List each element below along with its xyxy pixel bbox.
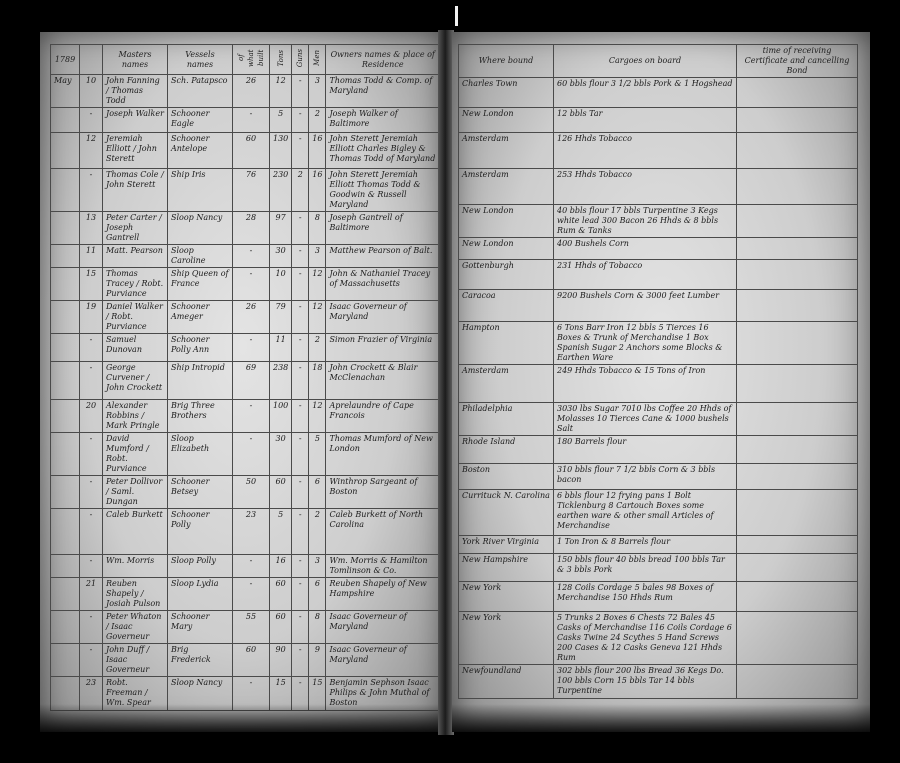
master-cell: Daniel Walker / Robt. Purviance: [103, 301, 168, 334]
vessel-cell: Schooner Polly: [168, 509, 233, 555]
ledger-row-left: May10John Fanning / Thomas ToddSch. Pata…: [51, 75, 440, 108]
bound-cell: Hampton: [459, 322, 554, 365]
tons-cell: 60: [270, 578, 292, 611]
day-cell: -: [80, 169, 103, 212]
men-cell: 12: [309, 268, 326, 301]
men-cell: 5: [309, 433, 326, 476]
month-cell: May: [51, 75, 80, 108]
men-cell: 3: [309, 245, 326, 268]
owners-cell: John Sterett Jeremiah Elliott Thomas Tod…: [326, 169, 440, 212]
guns-cell: -: [292, 108, 309, 133]
ledger-row-right: Rhode Island180 Barrels flour: [459, 436, 858, 464]
cargo-cell: 1 Ton Iron & 8 Barrels flour: [554, 536, 737, 554]
built-cell: 23: [233, 509, 270, 555]
master-cell: Peter Dollivor / Saml. Dungan: [103, 476, 168, 509]
bound-cell: Currituck N. Carolina: [459, 490, 554, 536]
day-cell: 10: [80, 75, 103, 108]
owners-cell: Thomas Todd & Comp. of Maryland: [326, 75, 440, 108]
month-cell: [51, 169, 80, 212]
month-cell: [51, 611, 80, 644]
tons-cell: 10: [270, 268, 292, 301]
vessel-cell: Schooner Polly Ann: [168, 334, 233, 362]
owners-cell: Aprelaundre of Cape Francois: [326, 400, 440, 433]
cargo-cell: 310 bbls flour 7 1/2 bbls Corn & 3 bbls …: [554, 464, 737, 490]
guns-cell: -: [292, 75, 309, 108]
guns-cell: 2: [292, 169, 309, 212]
header-men: Men: [312, 50, 322, 66]
cargo-cell: 40 bbls flour 17 bbls Turpentine 3 Kegs …: [554, 205, 737, 238]
owners-cell: John Sterett Jeremiah Elliott Charles Bi…: [326, 133, 440, 169]
guns-cell: -: [292, 644, 309, 677]
owners-cell: Reuben Shapely of New Hampshire: [326, 578, 440, 611]
guns-cell: -: [292, 362, 309, 400]
cargo-cell: 180 Barrels flour: [554, 436, 737, 464]
ledger-row-right: Philadelphia3030 lbs Sugar 7010 lbs Coff…: [459, 403, 858, 436]
header-cargoes: Cargoes on board: [554, 45, 737, 78]
certificate-cell: [737, 108, 858, 133]
vessel-cell: Sloop Elizabeth: [168, 433, 233, 476]
bound-cell: Amsterdam: [459, 133, 554, 169]
master-cell: David Mumford / Robt. Purviance: [103, 433, 168, 476]
cargo-cell: 249 Hhds Tobacco & 15 Tons of Iron: [554, 365, 737, 403]
day-cell: -: [80, 334, 103, 362]
ledger-row-left: 21Reuben Shapely / Josiah PulsonSloop Ly…: [51, 578, 440, 611]
master-cell: Alexander Robbins / Mark Pringle: [103, 400, 168, 433]
ledger-row-right: New London12 bbls Tar: [459, 108, 858, 133]
bound-cell: Gottenburgh: [459, 260, 554, 290]
right-page: Where bound Cargoes on board time of rec…: [452, 32, 870, 732]
day-cell: 15: [80, 268, 103, 301]
built-cell: -: [233, 555, 270, 578]
tons-cell: 100: [270, 400, 292, 433]
header-guns: Guns: [295, 49, 305, 67]
page-shadow: [40, 704, 445, 732]
built-cell: 60: [233, 644, 270, 677]
built-cell: 55: [233, 611, 270, 644]
bound-cell: Philadelphia: [459, 403, 554, 436]
bound-cell: New London: [459, 238, 554, 260]
built-cell: -: [233, 268, 270, 301]
ledger-row-right: New York128 Coils Cordage 5 bales 98 Box…: [459, 582, 858, 612]
certificate-cell: [737, 365, 858, 403]
vessel-cell: Schooner Betsey: [168, 476, 233, 509]
cargo-cell: 12 bbls Tar: [554, 108, 737, 133]
left-header-row: 1789 Masters names Vessels names of what…: [51, 45, 440, 75]
vessel-cell: Ship Iris: [168, 169, 233, 212]
month-cell: [51, 476, 80, 509]
tons-cell: 5: [270, 108, 292, 133]
master-cell: Thomas Tracey / Robt. Purviance: [103, 268, 168, 301]
master-cell: Reuben Shapely / Josiah Pulson: [103, 578, 168, 611]
owners-cell: Matthew Pearson of Balt.: [326, 245, 440, 268]
cargo-cell: 231 Hhds of Tobacco: [554, 260, 737, 290]
day-cell: 12: [80, 133, 103, 169]
tons-cell: 238: [270, 362, 292, 400]
certificate-cell: [737, 490, 858, 536]
master-cell: George Curvener / John Crockett: [103, 362, 168, 400]
tons-cell: 12: [270, 75, 292, 108]
owners-cell: Thomas Mumford of New London: [326, 433, 440, 476]
cargo-cell: 6 bbls flour 12 frying pans 1 Bolt Tickl…: [554, 490, 737, 536]
month-cell: [51, 362, 80, 400]
built-cell: 60: [233, 133, 270, 169]
cargo-cell: 9200 Bushels Corn & 3000 feet Lumber: [554, 290, 737, 322]
ledger-row-right: Currituck N. Carolina6 bbls flour 12 fry…: [459, 490, 858, 536]
page-shadow: [452, 704, 870, 732]
master-cell: John Fanning / Thomas Todd: [103, 75, 168, 108]
men-cell: 3: [309, 75, 326, 108]
tons-cell: 97: [270, 212, 292, 245]
guns-cell: -: [292, 476, 309, 509]
left-ledger-table: 1789 Masters names Vessels names of what…: [50, 44, 440, 711]
master-cell: Jeremiah Elliott / John Sterett: [103, 133, 168, 169]
master-cell: Joseph Walker: [103, 108, 168, 133]
certificate-cell: [737, 290, 858, 322]
day-cell: 19: [80, 301, 103, 334]
day-cell: 20: [80, 400, 103, 433]
month-cell: [51, 555, 80, 578]
right-header-row: Where bound Cargoes on board time of rec…: [459, 45, 858, 78]
built-cell: -: [233, 433, 270, 476]
vessel-cell: Sloop Polly: [168, 555, 233, 578]
built-cell: -: [233, 108, 270, 133]
built-cell: 26: [233, 75, 270, 108]
tons-cell: 60: [270, 476, 292, 509]
day-cell: -: [80, 476, 103, 509]
bound-cell: New York: [459, 612, 554, 665]
guns-cell: -: [292, 578, 309, 611]
month-cell: [51, 245, 80, 268]
ledger-row-left: -George Curvener / John CrockettShip Int…: [51, 362, 440, 400]
guns-cell: -: [292, 433, 309, 476]
ledger-row-right: Hampton6 Tons Barr Iron 12 bbls 5 Tierce…: [459, 322, 858, 365]
built-cell: 28: [233, 212, 270, 245]
ledger-row-left: 19Daniel Walker / Robt. PurvianceSchoone…: [51, 301, 440, 334]
cargo-cell: 253 Hhds Tobacco: [554, 169, 737, 205]
ledger-row-left: -Wm. MorrisSloop Polly-16-3Wm. Morris & …: [51, 555, 440, 578]
built-cell: -: [233, 245, 270, 268]
guns-cell: -: [292, 509, 309, 555]
certificate-cell: [737, 322, 858, 365]
month-cell: [51, 334, 80, 362]
header-day: [80, 45, 103, 75]
men-cell: 9: [309, 644, 326, 677]
certificate-cell: [737, 205, 858, 238]
owners-cell: Wm. Morris & Hamilton Tomlinson & Co.: [326, 555, 440, 578]
master-cell: Wm. Morris: [103, 555, 168, 578]
bound-cell: Amsterdam: [459, 169, 554, 205]
vessel-cell: Sloop Caroline: [168, 245, 233, 268]
header-vessels: Vessels names: [168, 45, 233, 75]
month-cell: [51, 108, 80, 133]
vessel-cell: Schooner Mary: [168, 611, 233, 644]
master-cell: Samuel Dunovan: [103, 334, 168, 362]
header-tons: Tons: [276, 50, 286, 66]
right-ledger-table: Where bound Cargoes on board time of rec…: [458, 44, 858, 699]
bound-cell: Amsterdam: [459, 365, 554, 403]
day-cell: -: [80, 362, 103, 400]
bound-cell: Caracoa: [459, 290, 554, 322]
ledger-row-left: -John Duff / Isaac GoverneurBrig Frederi…: [51, 644, 440, 677]
bound-cell: New York: [459, 582, 554, 612]
month-cell: [51, 578, 80, 611]
ledger-row-right: Boston310 bbls flour 7 1/2 bbls Corn & 3…: [459, 464, 858, 490]
certificate-cell: [737, 436, 858, 464]
month-cell: [51, 644, 80, 677]
master-cell: Caleb Burkett: [103, 509, 168, 555]
cargo-cell: 150 bbls flour 40 bbls bread 100 bbls Ta…: [554, 554, 737, 582]
header-month: 1789: [51, 45, 80, 75]
ledger-row-right: Gottenburgh231 Hhds of Tobacco: [459, 260, 858, 290]
certificate-cell: [737, 554, 858, 582]
day-cell: -: [80, 644, 103, 677]
header-where-bound: Where bound: [459, 45, 554, 78]
owners-cell: Winthrop Sargeant of Boston: [326, 476, 440, 509]
men-cell: 18: [309, 362, 326, 400]
men-cell: 16: [309, 133, 326, 169]
owners-cell: John Crockett & Blair McClenachan: [326, 362, 440, 400]
built-cell: 76: [233, 169, 270, 212]
vessel-cell: Sloop Nancy: [168, 212, 233, 245]
cargo-cell: 126 Hhds Tobacco: [554, 133, 737, 169]
ledger-row-right: New London400 Bushels Corn: [459, 238, 858, 260]
master-cell: Matt. Pearson: [103, 245, 168, 268]
ledger-row-right: Caracoa9200 Bushels Corn & 3000 feet Lum…: [459, 290, 858, 322]
guns-cell: -: [292, 245, 309, 268]
ledger-row-left: 13Peter Carter / Joseph GantrellSloop Na…: [51, 212, 440, 245]
day-cell: 21: [80, 578, 103, 611]
bound-cell: Newfoundland: [459, 665, 554, 699]
header-built: of what built: [236, 46, 266, 70]
ledger-row-right: New Hampshire150 bbls flour 40 bbls brea…: [459, 554, 858, 582]
left-page: 1789 Masters names Vessels names of what…: [40, 32, 445, 732]
vessel-cell: Schooner Eagle: [168, 108, 233, 133]
bound-cell: New London: [459, 108, 554, 133]
men-cell: 6: [309, 578, 326, 611]
master-cell: Peter Whaton / Isaac Governeur: [103, 611, 168, 644]
guns-cell: -: [292, 400, 309, 433]
built-cell: 69: [233, 362, 270, 400]
certificate-cell: [737, 238, 858, 260]
owners-cell: Joseph Gantrell of Baltimore: [326, 212, 440, 245]
owners-cell: Joseph Walker of Baltimore: [326, 108, 440, 133]
master-cell: John Duff / Isaac Governeur: [103, 644, 168, 677]
cargo-cell: 6 Tons Barr Iron 12 bbls 5 Tierces 16 Bo…: [554, 322, 737, 365]
month-cell: [51, 212, 80, 245]
month-cell: [51, 133, 80, 169]
ledger-row-left: 20Alexander Robbins / Mark PringleBrig T…: [51, 400, 440, 433]
men-cell: 2: [309, 334, 326, 362]
tons-cell: 30: [270, 245, 292, 268]
owners-cell: Isaac Governeur of Maryland: [326, 644, 440, 677]
ledger-row-left: 11Matt. PearsonSloop Caroline-30-3Matthe…: [51, 245, 440, 268]
certificate-cell: [737, 169, 858, 205]
ledger-row-left: -Joseph WalkerSchooner Eagle-5-2Joseph W…: [51, 108, 440, 133]
guns-cell: -: [292, 611, 309, 644]
header-certificate-time: time of receiving Certificate and cancel…: [737, 45, 858, 78]
owners-cell: John & Nathaniel Tracey of Massachusetts: [326, 268, 440, 301]
tons-cell: 5: [270, 509, 292, 555]
ledger-row-right: New London40 bbls flour 17 bbls Turpenti…: [459, 205, 858, 238]
ledger-row-left: -Thomas Cole / John SterettShip Iris7623…: [51, 169, 440, 212]
ledger-row-left: 15Thomas Tracey / Robt. PurvianceShip Qu…: [51, 268, 440, 301]
guns-cell: -: [292, 133, 309, 169]
bound-cell: New Hampshire: [459, 554, 554, 582]
tons-cell: 230: [270, 169, 292, 212]
certificate-cell: [737, 78, 858, 108]
day-cell: -: [80, 611, 103, 644]
day-cell: -: [80, 555, 103, 578]
owners-cell: Caleb Burkett of North Carolina: [326, 509, 440, 555]
ledger-row-left: -Peter Dollivor / Saml. DunganSchooner B…: [51, 476, 440, 509]
built-cell: -: [233, 578, 270, 611]
tons-cell: 30: [270, 433, 292, 476]
day-cell: -: [80, 509, 103, 555]
day-cell: -: [80, 108, 103, 133]
men-cell: 2: [309, 108, 326, 133]
month-cell: [51, 509, 80, 555]
tons-cell: 90: [270, 644, 292, 677]
cargo-cell: 400 Bushels Corn: [554, 238, 737, 260]
bound-cell: New London: [459, 205, 554, 238]
tons-cell: 60: [270, 611, 292, 644]
header-owners: Owners names & place of Residence: [326, 45, 440, 75]
certificate-cell: [737, 464, 858, 490]
cargo-cell: 302 bbls flour 200 lbs Bread 36 Kegs Do.…: [554, 665, 737, 699]
guns-cell: -: [292, 334, 309, 362]
month-cell: [51, 433, 80, 476]
day-cell: 13: [80, 212, 103, 245]
cargo-cell: 128 Coils Cordage 5 bales 98 Boxes of Me…: [554, 582, 737, 612]
vessel-cell: Schooner Antelope: [168, 133, 233, 169]
men-cell: 12: [309, 400, 326, 433]
master-cell: Thomas Cole / John Sterett: [103, 169, 168, 212]
certificate-cell: [737, 536, 858, 554]
men-cell: 3: [309, 555, 326, 578]
vessel-cell: Brig Three Brothers: [168, 400, 233, 433]
tons-cell: 11: [270, 334, 292, 362]
guns-cell: -: [292, 212, 309, 245]
month-cell: [51, 268, 80, 301]
built-cell: -: [233, 334, 270, 362]
ledger-row-right: New York5 Trunks 2 Boxes 6 Chests 72 Bal…: [459, 612, 858, 665]
day-cell: 11: [80, 245, 103, 268]
ledger-row-right: Charles Town60 bbls flour 3 1/2 bbls Por…: [459, 78, 858, 108]
day-cell: -: [80, 433, 103, 476]
master-cell: Peter Carter / Joseph Gantrell: [103, 212, 168, 245]
guns-cell: -: [292, 301, 309, 334]
men-cell: 2: [309, 509, 326, 555]
certificate-cell: [737, 665, 858, 699]
month-cell: [51, 400, 80, 433]
ledger-row-right: Amsterdam126 Hhds Tobacco: [459, 133, 858, 169]
header-masters: Masters names: [103, 45, 168, 75]
ledger-row-right: Amsterdam249 Hhds Tobacco & 15 Tons of I…: [459, 365, 858, 403]
men-cell: 6: [309, 476, 326, 509]
tons-cell: 79: [270, 301, 292, 334]
men-cell: 16: [309, 169, 326, 212]
certificate-cell: [737, 260, 858, 290]
ledger-row-left: -Caleb BurkettSchooner Polly235-2Caleb B…: [51, 509, 440, 555]
owners-cell: Simon Frazier of Virginia: [326, 334, 440, 362]
ledger-row-right: Amsterdam253 Hhds Tobacco: [459, 169, 858, 205]
vessel-cell: Sch. Patapsco: [168, 75, 233, 108]
men-cell: 12: [309, 301, 326, 334]
men-cell: 8: [309, 212, 326, 245]
bound-cell: York River Virginia: [459, 536, 554, 554]
built-cell: 26: [233, 301, 270, 334]
vessel-cell: Brig Frederick: [168, 644, 233, 677]
vessel-cell: Ship Intropid: [168, 362, 233, 400]
vessel-cell: Ship Queen of France: [168, 268, 233, 301]
tons-cell: 130: [270, 133, 292, 169]
ledger-row-right: York River Virginia1 Ton Iron & 8 Barrel…: [459, 536, 858, 554]
bound-cell: Rhode Island: [459, 436, 554, 464]
vessel-cell: Sloop Lydia: [168, 578, 233, 611]
frame-marker-top: [455, 6, 458, 26]
built-cell: 50: [233, 476, 270, 509]
cargo-cell: 5 Trunks 2 Boxes 6 Chests 72 Bales 45 Ca…: [554, 612, 737, 665]
owners-cell: Isaac Governeur of Maryland: [326, 611, 440, 644]
vessel-cell: Schooner Ameger: [168, 301, 233, 334]
certificate-cell: [737, 133, 858, 169]
men-cell: 8: [309, 611, 326, 644]
bound-cell: Charles Town: [459, 78, 554, 108]
built-cell: -: [233, 400, 270, 433]
ledger-row-left: 12Jeremiah Elliott / John SterettSchoone…: [51, 133, 440, 169]
ledger-row-left: -Samuel DunovanSchooner Polly Ann-11-2Si…: [51, 334, 440, 362]
owners-cell: Isaac Governeur of Maryland: [326, 301, 440, 334]
certificate-cell: [737, 612, 858, 665]
ledger-row-right: Newfoundland302 bbls flour 200 lbs Bread…: [459, 665, 858, 699]
ledger-row-left: -Peter Whaton / Isaac GoverneurSchooner …: [51, 611, 440, 644]
ledger-row-left: -David Mumford / Robt. PurvianceSloop El…: [51, 433, 440, 476]
cargo-cell: 3030 lbs Sugar 7010 lbs Coffee 20 Hhds o…: [554, 403, 737, 436]
tons-cell: 16: [270, 555, 292, 578]
cargo-cell: 60 bbls flour 3 1/2 bbls Pork & 1 Hogshe…: [554, 78, 737, 108]
bound-cell: Boston: [459, 464, 554, 490]
guns-cell: -: [292, 268, 309, 301]
certificate-cell: [737, 582, 858, 612]
certificate-cell: [737, 403, 858, 436]
guns-cell: -: [292, 555, 309, 578]
month-cell: [51, 301, 80, 334]
